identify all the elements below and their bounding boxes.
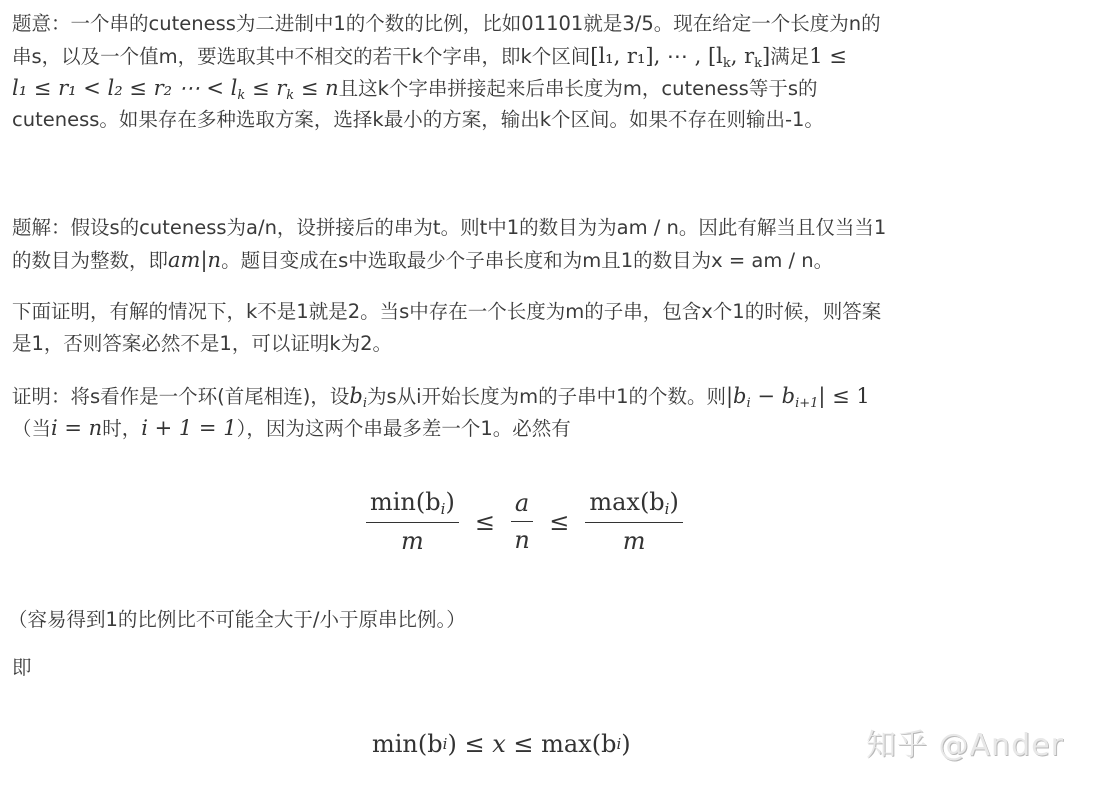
- i-equals-n-math: i = n: [51, 416, 102, 440]
- problem-line-1: 题意：一个串的cuteness为二进制中1的个数的比例，比如01101就是3/5…: [12, 8, 1087, 40]
- problem-text: 串s，以及一个值m，要选取其中不相交的若干k个字串，即k个区间: [12, 45, 590, 68]
- therefore-text: 即: [12, 652, 1087, 684]
- zhihu-watermark: 知乎 @Ander: [866, 720, 1064, 764]
- note-line: （容易得到1的比例比不可能全大于/小于原串比例。）: [8, 604, 1083, 636]
- solution-line-2: 的数目为整数，即am|n。题目变成在s中选取最少个子串长度和为m且1的数目为x …: [12, 244, 1087, 276]
- note-text: （容易得到1的比例比不可能全大于/小于原串比例。）: [8, 604, 1083, 636]
- problem-statement: 题意：一个串的cuteness为二进制中1的个数的比例，比如01101就是3/5…: [12, 8, 1087, 136]
- le-symbol: ≤: [549, 508, 569, 536]
- problem-text: 满足: [770, 45, 809, 68]
- problem-line-4: cuteness。如果存在多种选取方案，选择k最小的方案，输出k个区间。如果不存…: [12, 104, 1087, 136]
- i-plus-one-math: i + 1 = 1: [141, 416, 236, 440]
- problem-line-3: l₁ ≤ r₁ < l₂ ≤ r₂ ⋯ < lk ≤ rk ≤ n且这k个字串拼…: [12, 72, 1087, 104]
- chain-inequality-math: l₁ ≤ r₁ < l₂ ≤ r₂ ⋯ < lk ≤ rk ≤ n: [12, 76, 339, 100]
- proof-paragraph: 证明：将s看作是一个环(首尾相连)，设bi为s从i开始长度为m的子串中1的个数。…: [12, 380, 1087, 444]
- problem-text: 且这k个字串拼接起来后串长度为m，cuteness等于s的: [339, 77, 818, 100]
- le-symbol: ≤: [475, 508, 495, 536]
- solution-paragraph: 题解：假设s的cuteness为a/n，设拼接后的串为t。则t中1的数目为为am…: [12, 212, 1087, 276]
- proof-line-2: （当i = n时，i + 1 = 1），因为这两个串最多差一个1。必然有: [12, 412, 1087, 444]
- solution-line-1: 题解：假设s的cuteness为a/n，设拼接后的串为t。则t中1的数目为为am…: [12, 212, 1087, 244]
- inequality-math: 1 ≤: [809, 44, 847, 68]
- therefore-line: 即: [12, 652, 1087, 684]
- problem-line-2: 串s，以及一个值m，要选取其中不相交的若干k个字串，即k个区间[l₁, r₁],…: [12, 40, 1087, 72]
- min-over-m-fraction: min(bi) m: [366, 488, 459, 555]
- claim-line-2: 是1，否则答案必然不是1，可以证明k为2。: [12, 328, 1087, 360]
- ratio-inequality-formula: min(bi) m ≤ a n ≤ max(bi) m: [358, 488, 691, 555]
- b-i-math: bi: [349, 384, 367, 408]
- claim-paragraph: 下面证明，有解的情况下，k不是1就是2。当s中存在一个长度为m的子串，包含x个1…: [12, 296, 1087, 360]
- abs-diff-math: |bi − bi+1| ≤ 1: [726, 384, 870, 408]
- a-over-n-fraction: a n: [511, 489, 533, 554]
- max-over-m-fraction: max(bi) m: [585, 488, 683, 555]
- interval-math: [l₁, r₁], ⋯ , [lk, rk]: [590, 44, 770, 68]
- claim-line-1: 下面证明，有解的情况下，k不是1就是2。当s中存在一个长度为m的子串，包含x个1…: [12, 296, 1087, 328]
- x-bound-formula: min(bi) ≤ x ≤ max(bi): [372, 730, 631, 758]
- proof-line-1: 证明：将s看作是一个环(首尾相连)，设bi为s从i开始长度为m的子串中1的个数。…: [12, 380, 1087, 412]
- divisibility-math: am|n: [168, 248, 221, 272]
